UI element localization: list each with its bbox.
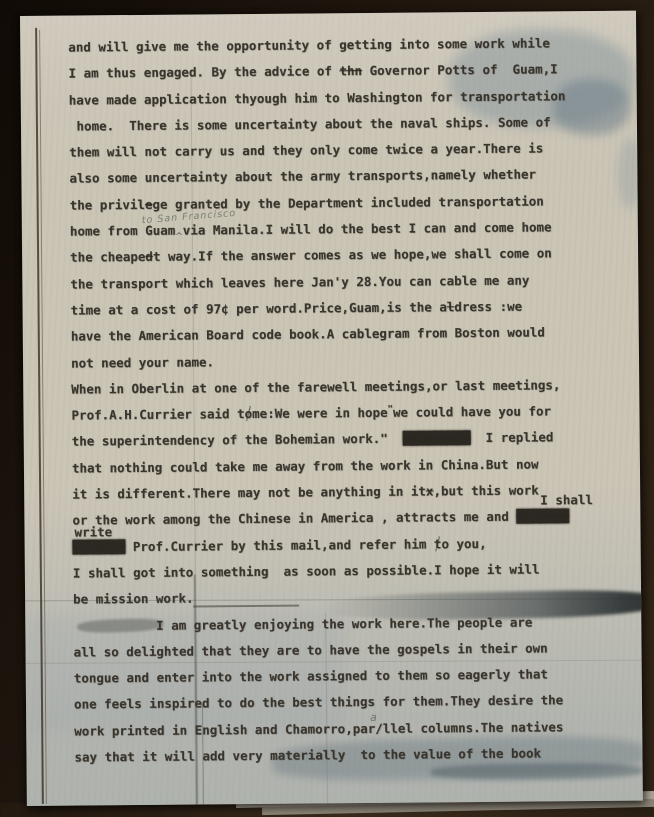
typed-text: it is different.There may not be anythin… [72,484,426,502]
typed-text: home. There is some uncertainty about th… [69,114,551,133]
typed-text: o you, [441,536,486,551]
typed-text: them will not carry us and they only com… [69,141,543,160]
typed-text: that nothing could take me away from the… [72,456,539,475]
typed-text: via Manila.I will do the best I can and … [183,219,552,237]
typed-text: and will give me the opportunity of gett… [68,35,550,54]
typed-text: Prof.A.H.Currier said t [71,406,244,423]
overstruck-text: d [145,249,153,264]
typed-text: tongue and enter into the work assigned … [74,667,548,686]
underline-rule: ______________ [193,590,299,608]
typed-text: llel columns.The natives [383,719,564,736]
typed-text: also some uncertainty about the army tra… [69,167,536,186]
overstruck-text: l [447,299,455,314]
typewritten-text: and will give me the opportunity of gett… [68,30,622,771]
typed-text: I replied [471,430,554,446]
typed-text: or the work among the Chinese in America… [72,509,516,528]
typed-text: the transport which leaves here Jan'y 28… [70,272,529,291]
pencil-struck-char: t [434,536,442,551]
typed-text: work printed in English and Chamorro,par [74,721,375,739]
blackout-redaction: █████████ [403,431,471,447]
typed-text: all so delighted that they are to have t… [73,640,547,659]
typed-text: the privil [70,197,145,213]
typed-text: me:We were in hope [252,405,388,421]
typed-text: ,but this work [433,483,538,499]
typed-text: the superintendency of the Bohemian work… [72,431,403,449]
typed-text: I am thus engaged. By the advice of [68,64,339,81]
typed-text: When in Oberlin at one of the farewell m… [71,377,560,396]
overstruck-text: thn [339,63,362,78]
typed-text: not need your name. [71,354,214,370]
typed-text: time at a cost of 97¢ per word.Price,Gua… [71,299,447,317]
typed-text: be mission work. [73,591,194,607]
typed-text: say that it will add very materially to … [74,745,541,764]
typed-text: the cheape [70,249,145,265]
typed-text: have the American Board code book.A cabl… [71,325,545,344]
typed-insertion: write [74,519,112,546]
pencil-insertion: a [370,705,377,731]
typed-text: I am greatly enjoying the work here.The … [73,614,532,633]
typed-text: I shall got into something as soon as po… [73,561,540,580]
pencil-struck-char: o [245,406,253,421]
letter-page: and will give me the opportunity of gett… [20,11,643,806]
typed-text: one feels inspired to do the best things… [74,693,563,712]
typed-text: we could have you for [393,404,551,420]
typed-text: Governor Potts of Guam,I [362,62,558,79]
typed-text: have made application thyough him to Was… [69,88,566,107]
typed-insertion: I shall [540,487,593,514]
typed-text: dress :we [454,299,522,315]
text-line: say that it will add very materially to … [74,740,622,771]
typed-text: Prof.Currier by this mail,and refer him [125,536,434,554]
typed-text: t way.If the answer comes as we hope,we … [153,246,552,264]
